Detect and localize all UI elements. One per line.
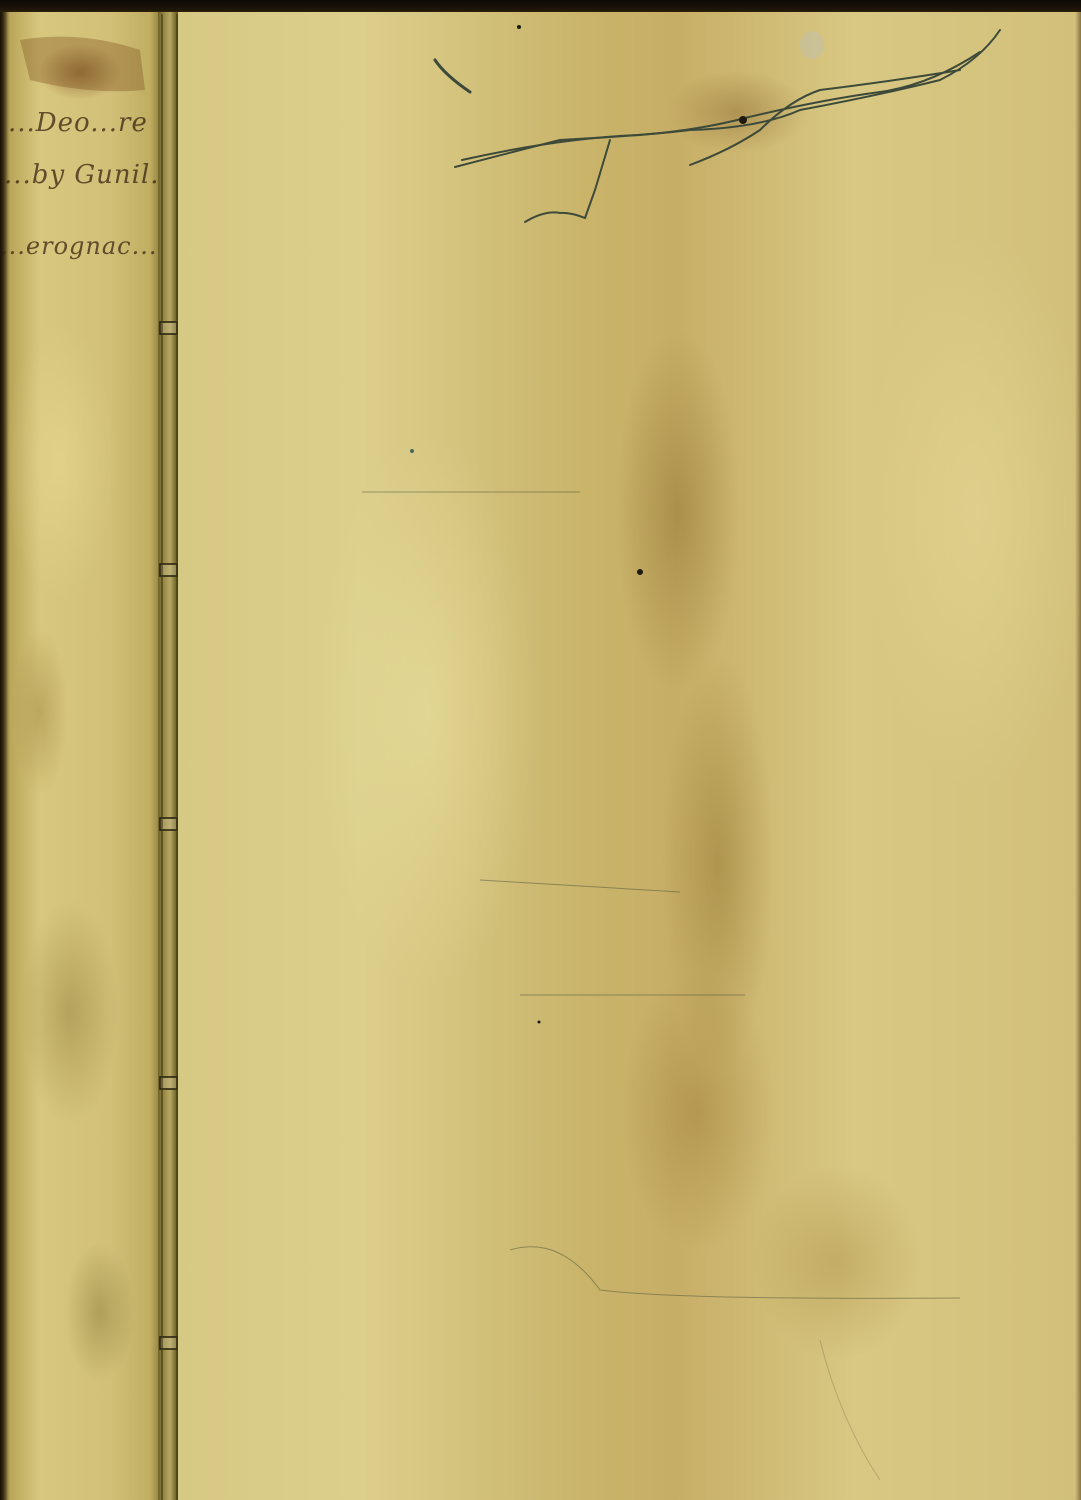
faint-lines: [362, 492, 960, 1480]
spine-stain: [20, 37, 145, 92]
joint-lines: [162, 14, 177, 1500]
worn-spot: [800, 31, 824, 59]
book-cover-photo: ...Deo...re to ...by Gunil...g ...erogna…: [0, 0, 1081, 1500]
marks-overlay: [0, 0, 1081, 1500]
specks: [410, 25, 747, 1024]
pencil-doodle: [435, 30, 1000, 222]
